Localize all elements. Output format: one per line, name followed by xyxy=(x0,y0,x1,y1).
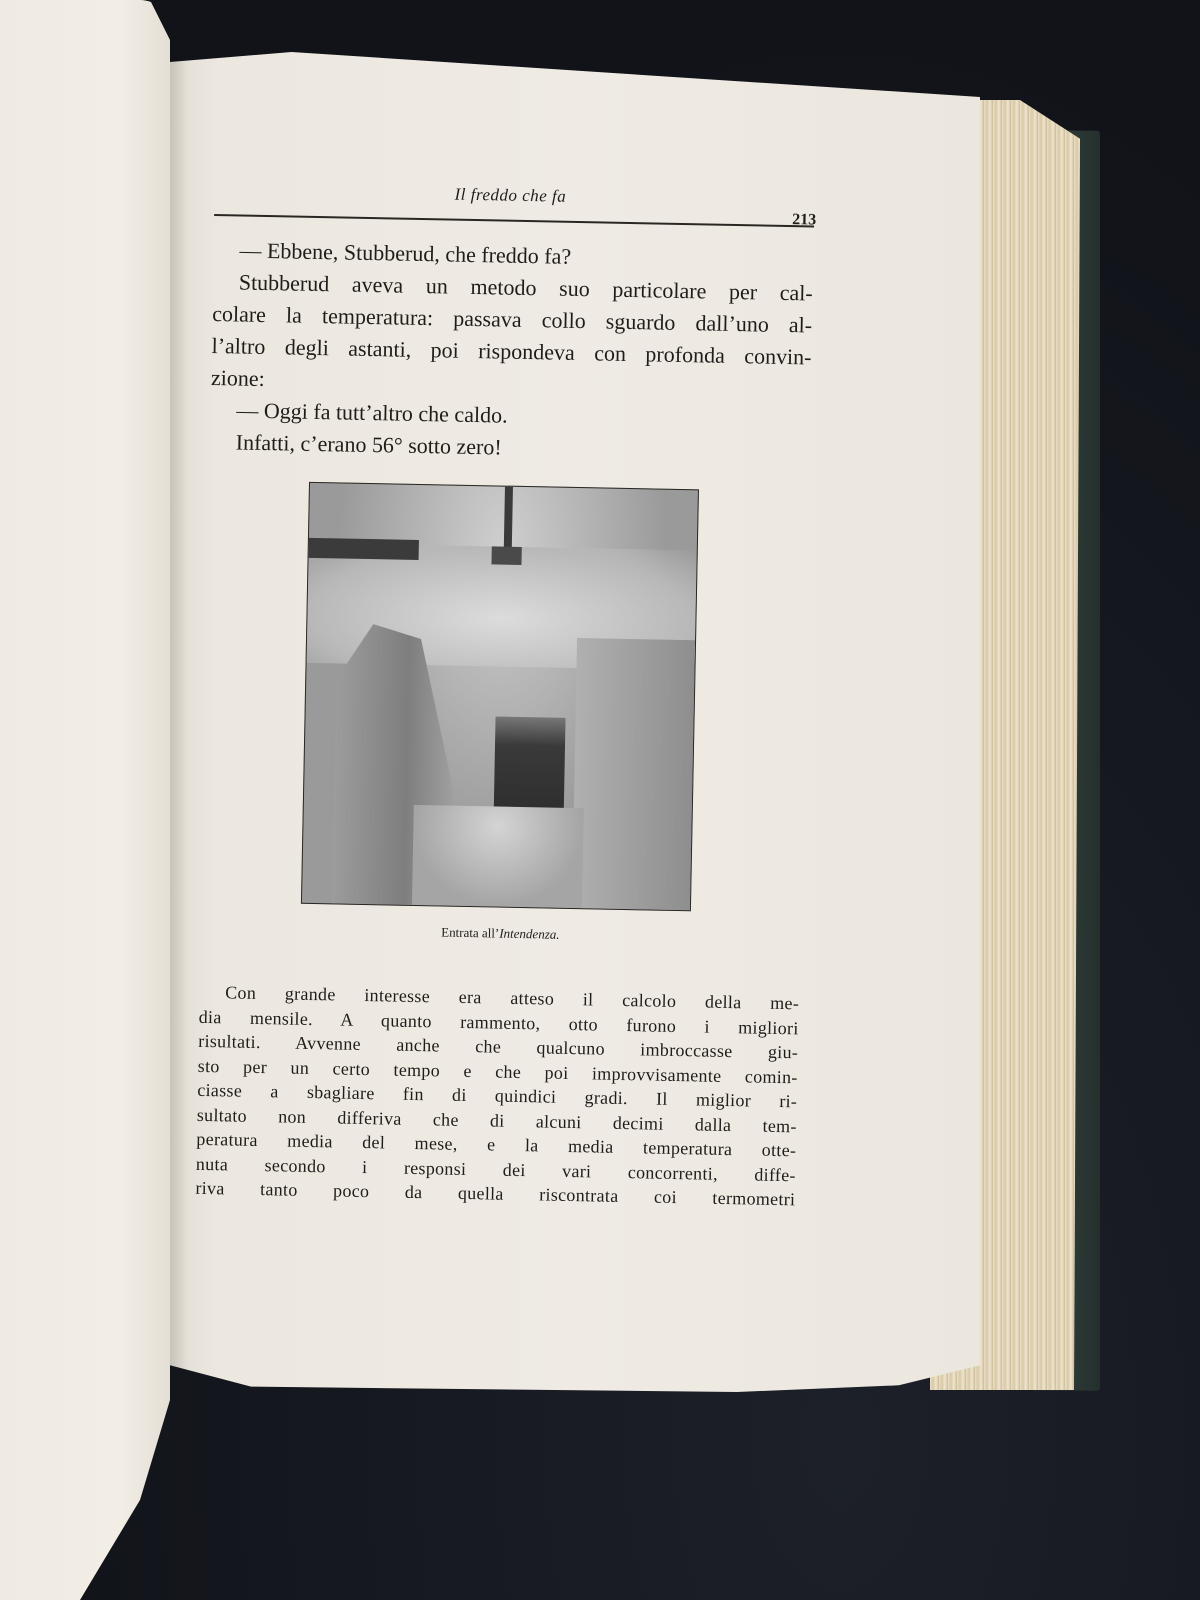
figure-photograph xyxy=(301,482,699,911)
snow-wall-right xyxy=(572,638,695,910)
trench-floor xyxy=(412,805,584,908)
page-content: Il freddo che fa 213 — Ebbene, Stubberud… xyxy=(195,170,815,1212)
sled-shape xyxy=(309,538,419,560)
doorway xyxy=(494,716,566,812)
body-paragraph: Con grande interesse era atteso il calco… xyxy=(195,980,799,1212)
left-page xyxy=(0,0,170,1600)
header-rule xyxy=(214,214,814,228)
figure-caption: Entrata all’Intendenza. xyxy=(200,920,800,948)
caption-text: Entrata all’ xyxy=(441,924,499,940)
shovel-blade xyxy=(491,546,521,565)
dialogue-block: — Ebbene, Stubberud, che freddo fa? Stub… xyxy=(209,234,813,469)
running-title: Il freddo che fa xyxy=(454,185,566,207)
caption-italic: Intendenza. xyxy=(499,926,560,942)
page-gutter-shadow xyxy=(170,52,188,1392)
